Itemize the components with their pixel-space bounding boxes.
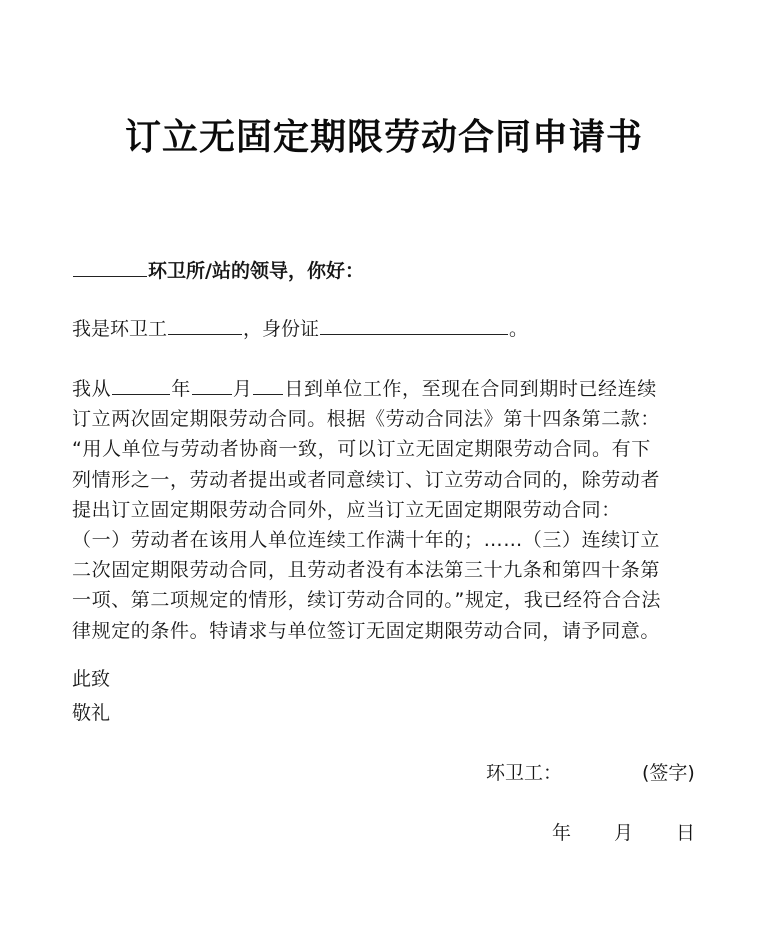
body-line: 列情形之一，劳动者提出或者同意续订、订立劳动合同的，除劳动者 — [72, 465, 702, 495]
body-text: 我从 — [72, 378, 111, 400]
date-day: 日 — [676, 818, 695, 848]
body-line: “用人单位与劳动者协商一致，可以订立无固定期限劳动合同。有下 — [72, 434, 702, 464]
worker-name-blank[interactable] — [168, 316, 242, 335]
body-text: 年 — [171, 378, 191, 400]
closing-line-1: 此致 — [72, 664, 110, 694]
start-day-blank[interactable] — [253, 376, 283, 395]
body-line: 提出订立固定期限劳动合同外，应当订立无固定期限劳动合同： — [72, 495, 702, 525]
document-title: 订立无固定期限劳动合同申请书 — [0, 112, 768, 164]
intro-text-2: ，身份证 — [243, 318, 319, 340]
body-line: （一）劳动者在该用人单位连续工作满十年的；……（三）连续订立 — [72, 525, 702, 555]
date-month: 月 — [614, 818, 633, 848]
document-page: 订立无固定期限劳动合同申请书 环卫所/站的领导，你好： 我是环卫工，身份证。 我… — [0, 0, 768, 942]
signature-label: 环卫工： — [486, 758, 562, 788]
date-year: 年 — [552, 818, 571, 848]
signature-note: (签字) — [642, 758, 695, 788]
intro-text-1: 我是环卫工 — [72, 318, 167, 340]
body-text: 月 — [233, 378, 253, 400]
body-line: 订立两次固定期限劳动合同。根据《劳动合同法》第十四条第二款： — [72, 404, 702, 434]
body-line-1: 我从年月日到单位工作，至现在合同到期时已经连续 — [72, 374, 702, 404]
greeting-text: 环卫所/站的领导，你好： — [148, 260, 364, 282]
body-line: 律规定的条件。特请求与单位签订无固定期限劳动合同，请予同意。 — [72, 616, 702, 646]
body-line: 一项、第二项规定的情形，续订劳动合同的。”规定，我已经符合合法 — [72, 585, 702, 615]
start-month-blank[interactable] — [192, 376, 232, 395]
body-paragraph: 我从年月日到单位工作，至现在合同到期时已经连续 订立两次固定期限劳动合同。根据《… — [72, 374, 702, 646]
closing-line-2: 敬礼 — [72, 698, 110, 728]
body-line: 二次固定期限劳动合同，且劳动者没有本法第三十九条和第四十条第 — [72, 555, 702, 585]
start-year-blank[interactable] — [112, 376, 170, 395]
id-number-blank[interactable] — [320, 316, 508, 335]
unit-name-blank[interactable] — [73, 258, 147, 277]
intro-text-3: 。 — [509, 318, 528, 340]
intro-line: 我是环卫工，身份证。 — [72, 314, 528, 344]
body-text: 日到单位工作，至现在合同到期时已经连续 — [284, 378, 656, 400]
greeting-line: 环卫所/站的领导，你好： — [72, 256, 364, 286]
